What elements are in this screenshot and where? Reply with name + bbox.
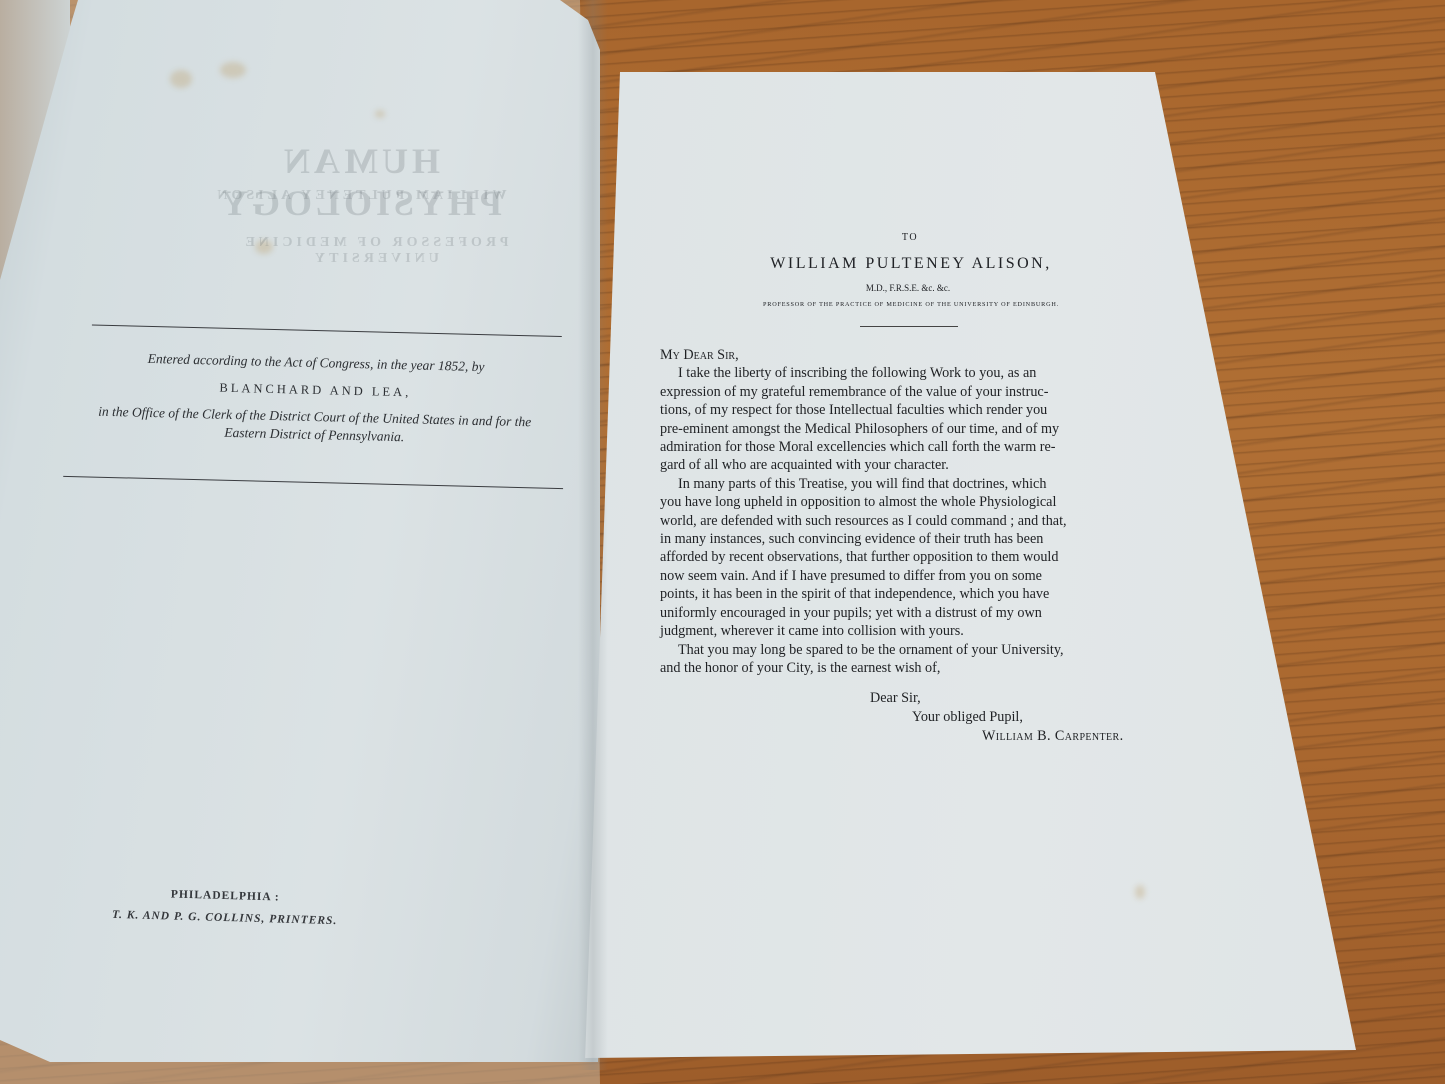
paragraph-3: That you may long be spared to be the or…: [660, 641, 1160, 678]
text-line: gard of all who are acquainted with your…: [660, 456, 1160, 474]
copyright-notice: Entered according to the Act of Congress…: [63, 324, 567, 489]
dedication-rule: [860, 326, 958, 327]
text-line: admiration for those Moral excellencies …: [660, 438, 1160, 456]
text-line: judgment, wherever it came into collisio…: [660, 622, 1160, 640]
book-gutter: [578, 0, 608, 1070]
text-line: in many instances, such convincing evide…: [660, 530, 1160, 548]
letter-signature: William B. Carpenter.: [982, 728, 1124, 745]
show-through-line: PROFESSOR OF MEDICINE UNIVERSITY: [175, 235, 575, 267]
text-line: world, are defended with such resources …: [660, 512, 1160, 530]
dedicatee-degrees: M.D., F.R.S.E. &c. &c.: [636, 283, 1180, 293]
dedication-heading: TO WILLIAM PULTENEY ALISON, M.D., F.R.S.…: [650, 232, 1180, 327]
show-through-title: HUMAN PHYSIOLOGY: [160, 140, 560, 224]
text-line: expression of my grateful remembrance of…: [660, 383, 1160, 401]
paragraph-1: I take the liberty of inscribing the fol…: [660, 364, 1160, 474]
copyright-publisher: BLANCHARD AND LEA,: [65, 377, 565, 404]
text-line: points, it has been in the spirit of tha…: [660, 585, 1160, 603]
letter-valediction: Your obliged Pupil,: [912, 709, 1023, 726]
text-line: tions, of my respect for those Intellect…: [660, 401, 1160, 419]
foxing-stain: [170, 70, 192, 88]
dedicatee-name: WILLIAM PULTENEY ALISON,: [642, 255, 1180, 273]
letter-closing: Dear Sir,: [870, 690, 921, 707]
foxing-stain: [375, 110, 385, 118]
text-line: and the honor of your City, is the earne…: [660, 659, 1160, 677]
text-line: you have long upheld in opposition to al…: [660, 493, 1160, 511]
text-line: now seem vain. And if I have presumed to…: [660, 567, 1160, 585]
copyright-entered-line: Entered according to the Act of Congress…: [66, 349, 566, 377]
text-line: That you may long be spared to be the or…: [660, 641, 1160, 659]
paragraph-2: In many parts of this Treatise, you will…: [660, 475, 1160, 641]
text-line: pre-eminent amongst the Medical Philosop…: [660, 420, 1160, 438]
text-line: In many parts of this Treatise, you will…: [660, 475, 1160, 493]
copyright-office-line: in the Office of the Clerk of the Distri…: [64, 402, 565, 450]
dedication-letter: My Dear Sir, I take the liberty of inscr…: [660, 346, 1160, 677]
letter-salutation: My Dear Sir,: [660, 346, 1160, 364]
foxing-stain: [220, 62, 246, 78]
dedicatee-title: PROFESSOR OF THE PRACTICE OF MEDICINE OF…: [642, 301, 1180, 308]
text-line: uniformly encouraged in your pupils; yet…: [660, 604, 1160, 622]
dedication-to: TO: [640, 232, 1180, 243]
text-line: afforded by recent observations, that fu…: [660, 548, 1160, 566]
show-through-subtitle: WILLIAM PULTENEY ALISON: [200, 188, 520, 204]
text-line: I take the liberty of inscribing the fol…: [660, 364, 1160, 382]
foxing-stain: [1135, 885, 1145, 899]
